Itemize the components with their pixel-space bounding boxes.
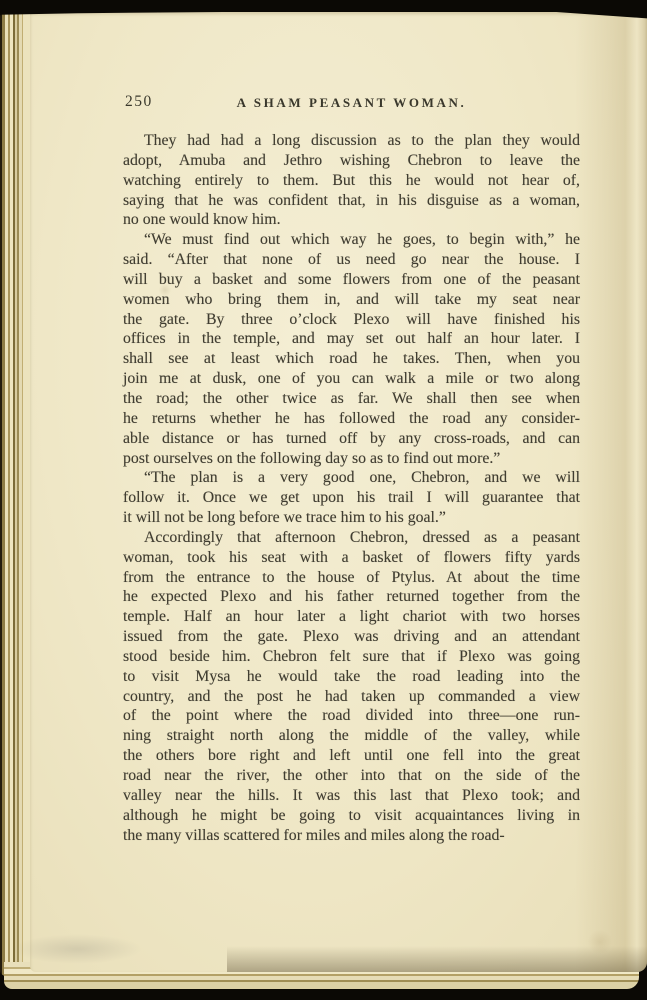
text-line: shall see at least which road he takes. …: [123, 349, 580, 369]
text-line: the road; the other twice as far. We sha…: [123, 389, 580, 409]
text-line: adopt, Amuba and Jethro wishing Chebron …: [123, 151, 580, 171]
text-line: valley near the hills. It was this last …: [123, 786, 580, 806]
text-line: follow it. Once we get upon his trail I …: [123, 488, 580, 508]
text-line: watching entirely to them. But this he w…: [123, 171, 580, 191]
text-line: said. “After that none of us need go nea…: [123, 250, 580, 270]
text-line: he expected Plexo and his father returne…: [123, 587, 580, 607]
paragraph: “We must find out which way he goes, to …: [123, 230, 580, 468]
book-photo: 250 A SHAM PEASANT WOMAN. They had had a…: [0, 0, 647, 1000]
text-line: offices in the temple, and may set out h…: [123, 329, 580, 349]
text-line: able distance or has turned off by any c…: [123, 429, 580, 449]
corner-smudge: [12, 934, 142, 964]
text-line: he returns whether he has followed the r…: [123, 409, 580, 429]
text-line: stood beside him. Chebron felt sure that…: [123, 647, 580, 667]
paper-stain: [587, 930, 613, 954]
page-body: They had had a long discussion as to the…: [123, 131, 580, 845]
text-line: They had had a long discussion as to the…: [123, 131, 580, 151]
text-line: of the point where the road divided into…: [123, 706, 580, 726]
text-line: women who bring them in, and will take m…: [123, 290, 580, 310]
running-head: A SHAM PEASANT WOMAN.: [123, 93, 580, 111]
text-line: Accordingly that afternoon Chebron, dres…: [123, 528, 580, 548]
text-line: join me at dusk, one of you can walk a m…: [123, 369, 580, 389]
text-line: although he might be going to visit acqu…: [123, 806, 580, 826]
text-line: saying that he was confident that, in hi…: [123, 191, 580, 211]
text-line: will buy a basket and some flowers from …: [123, 270, 580, 290]
paragraph: Accordingly that afternoon Chebron, dres…: [123, 528, 580, 846]
text-line: issued from the gate. Plexo was driving …: [123, 627, 580, 647]
text-line: ning straight north along the middle of …: [123, 726, 580, 746]
text-line: woman, took his seat with a basket of fl…: [123, 548, 580, 568]
text-line: the gate. By three o’clock Plexo will ha…: [123, 310, 580, 330]
text-line: it will not be long before we trace him …: [123, 508, 580, 528]
paragraph: They had had a long discussion as to the…: [123, 131, 580, 230]
text-line: “The plan is a very good one, Chebron, a…: [123, 468, 580, 488]
book-page: 250 A SHAM PEASANT WOMAN. They had had a…: [30, 12, 647, 972]
paragraph: “The plan is a very good one, Chebron, a…: [123, 468, 580, 528]
page-header: 250 A SHAM PEASANT WOMAN.: [123, 93, 580, 113]
text-line: temple. Half an hour later a light chari…: [123, 607, 580, 627]
text-line: road near the river, the other into that…: [123, 766, 580, 786]
text-line: from the entrance to the house of Ptylus…: [123, 568, 580, 588]
text-line: to visit Mysa he would take the road lea…: [123, 667, 580, 687]
text-line: post ourselves on the following day so a…: [123, 449, 580, 469]
page-number: 250: [125, 93, 153, 111]
text-line: the others bore right and left until one…: [123, 746, 580, 766]
text-line: no one would know him.: [123, 210, 580, 230]
text-line: “We must find out which way he goes, to …: [123, 230, 580, 250]
page-bottom-shadow: [227, 946, 647, 972]
text-line: the many villas scattered for miles and …: [123, 826, 580, 846]
text-line: country, and the post he had taken up co…: [123, 687, 580, 707]
gutter-shading: [575, 12, 647, 972]
